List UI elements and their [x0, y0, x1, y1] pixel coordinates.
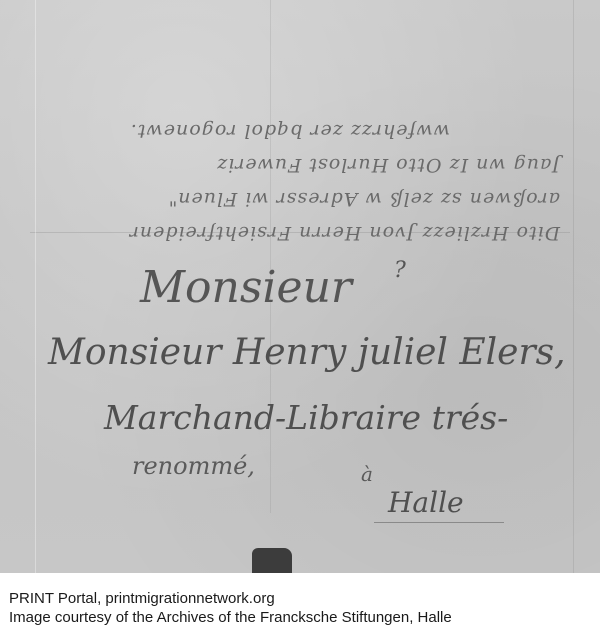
salutation: Monsieur — [140, 262, 352, 313]
inverted-line: Jaug wn Iz Otto Hurlost Fuweriz — [60, 148, 580, 182]
inverted-line: aroßwen sz zelß w Adressr wi Fluen" — [60, 182, 580, 216]
inverted-kurrent-text: Dito Hrzliezz Jvon Herrn Frsiehtfreidenr… — [60, 30, 580, 250]
recipient-occupation: Marchand-Libraire trés- — [104, 398, 508, 437]
salutation-mark: ? — [394, 258, 406, 283]
paper-fold-left — [35, 0, 36, 573]
inverted-line: Dito Hrzliezz Jvon Herrn Frsiehtfreidenr — [60, 216, 580, 250]
city-underline — [374, 522, 504, 523]
caption-source: PRINT Portal, printmigrationnetwork.org — [9, 589, 452, 608]
destination-city: Halle — [388, 486, 464, 519]
letter-photograph: Dito Hrzliezz Jvon Herrn Frsiehtfreidenr… — [0, 0, 600, 573]
caption-courtesy: Image courtesy of the Archives of the Fr… — [9, 608, 452, 627]
recipient-occupation-cont: renommé, — [132, 452, 255, 480]
preposition: à — [361, 462, 373, 486]
recipient-name: Monsieur Henry juliel Elers, — [48, 332, 566, 373]
wax-seal — [252, 548, 292, 573]
image-caption: PRINT Portal, printmigrationnetwork.org … — [9, 589, 452, 627]
inverted-line: wwfehrzz zer bqdol rogonewt. — [60, 114, 580, 148]
